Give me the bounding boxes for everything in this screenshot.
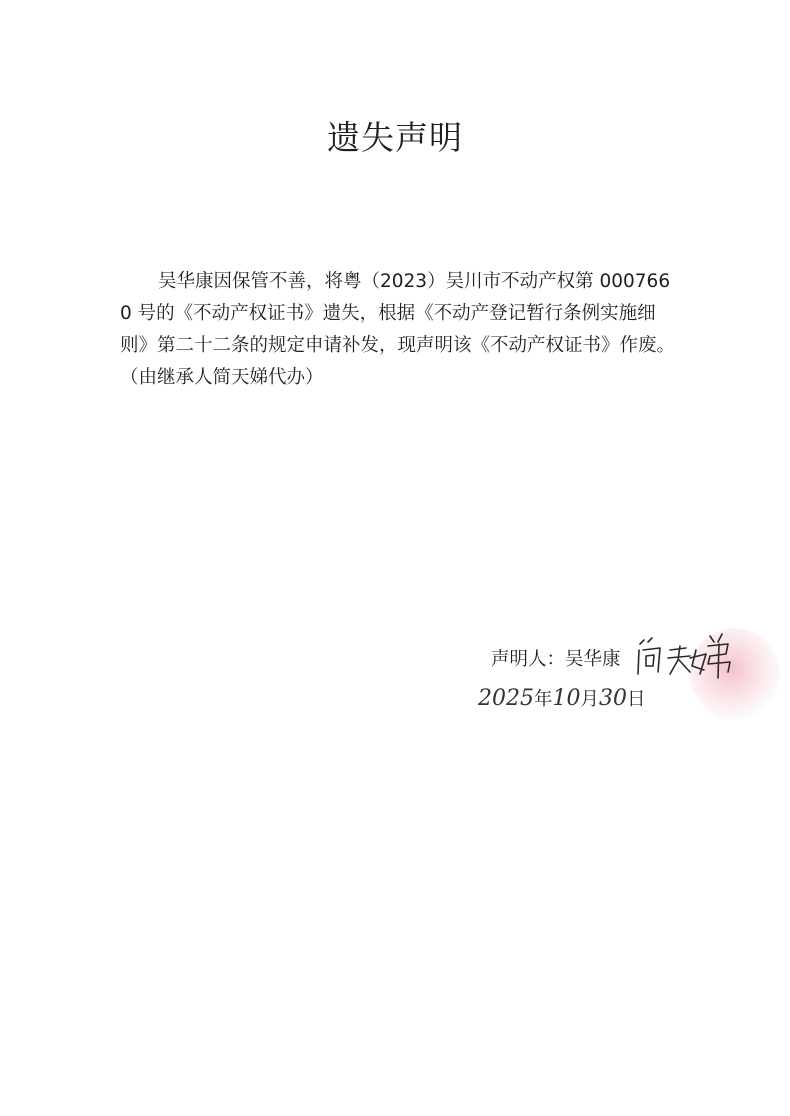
date-month-char: 月 xyxy=(581,689,600,710)
date-year-handwritten: 2025 xyxy=(478,686,534,711)
document-title: 遗失声明 xyxy=(0,112,790,159)
declaration-date: 2025年10月30日 xyxy=(478,685,646,719)
declaration-body: 吴华康因保管不善，将粤（2023）吴川市不动产权第 000766 0 号的《不动… xyxy=(120,266,680,394)
date-year-char: 年 xyxy=(534,689,553,710)
body-line-3: 则》第二十二条的规定申请补发，现声明该《不动产权证书》作废。 xyxy=(120,330,680,362)
date-day-handwritten: 30 xyxy=(599,686,627,711)
body-line-1: 吴华康因保管不善，将粤（2023）吴川市不动产权第 000766 xyxy=(120,266,680,298)
declarant-label: 声明人：吴华康 xyxy=(491,645,621,671)
date-day-char: 日 xyxy=(627,689,646,710)
handwritten-signature xyxy=(634,630,744,680)
date-month-handwritten: 10 xyxy=(553,686,581,711)
body-line-4: （由继承人简天娣代办） xyxy=(120,362,680,394)
body-line-2: 0 号的《不动产权证书》遗失，根据《不动产登记暂行条例实施细 xyxy=(120,298,680,330)
